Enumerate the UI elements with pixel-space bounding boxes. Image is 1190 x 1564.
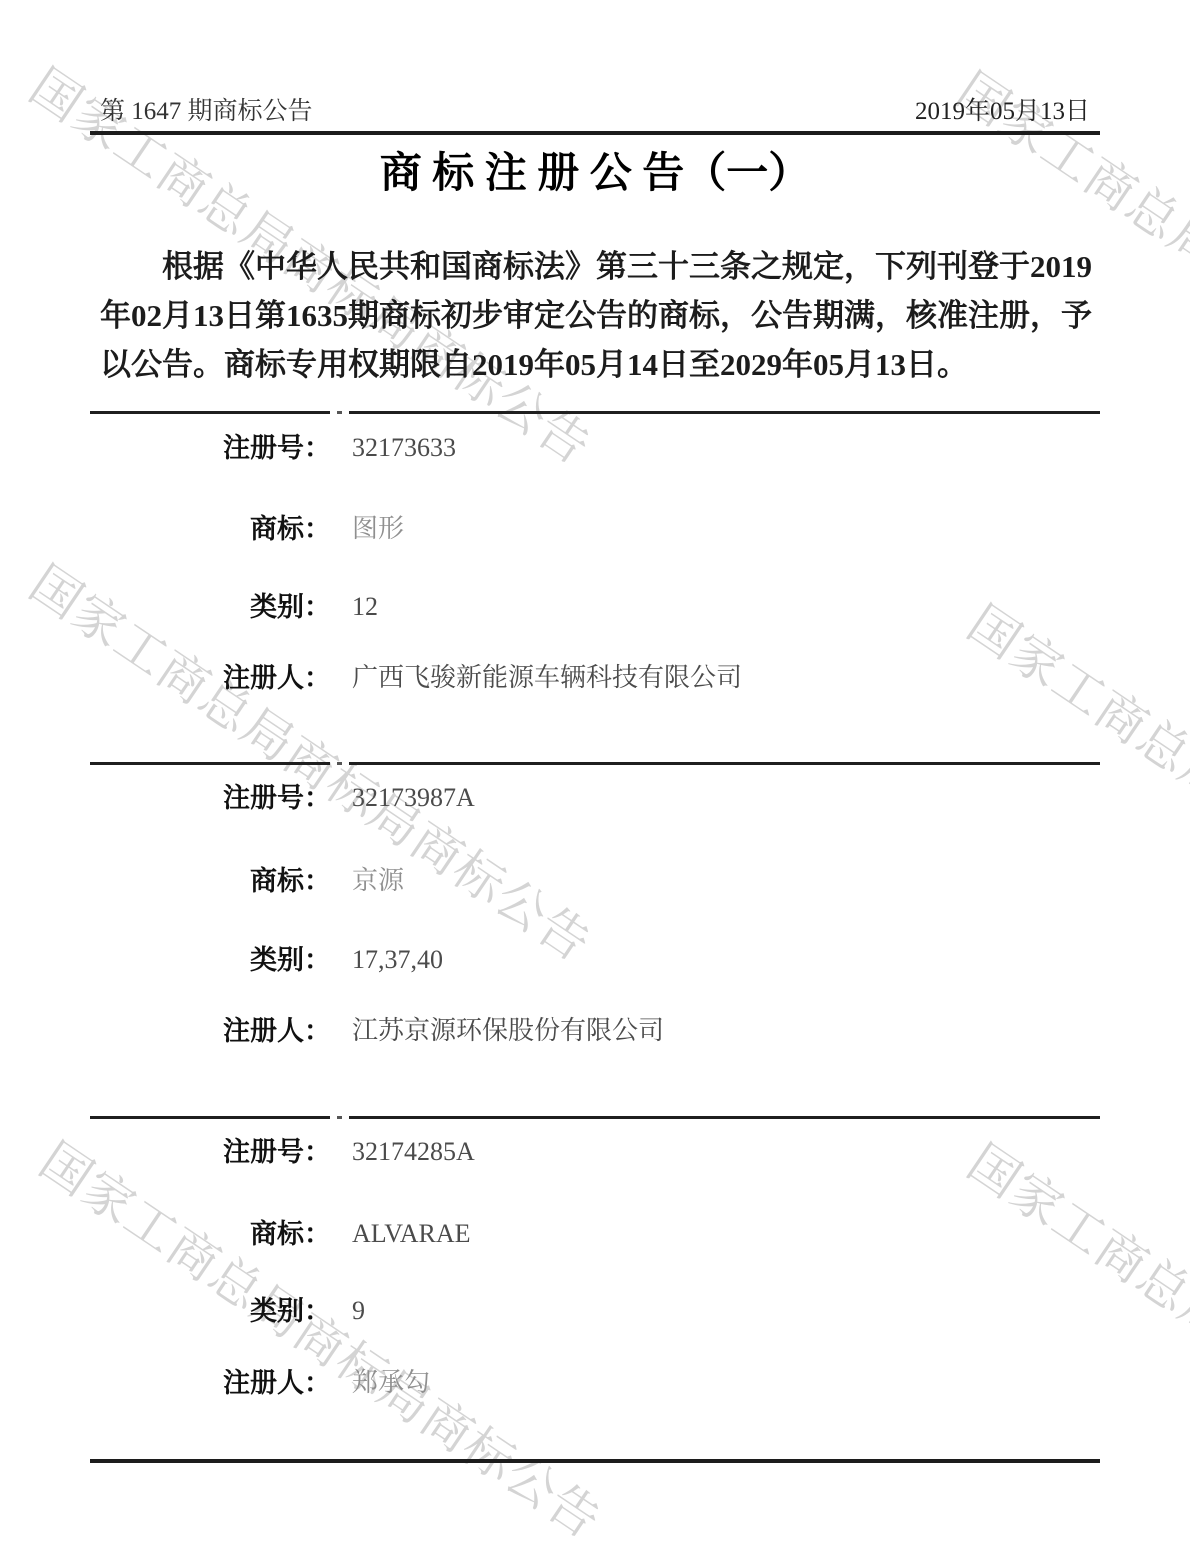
field-label-registrant: 注册人： — [88, 1013, 331, 1049]
field-label-trademark: 商标： — [88, 511, 331, 547]
field-row-category: 类别： 17,37,40 — [0, 942, 1190, 980]
field-label-reg-no: 注册号： — [88, 1134, 331, 1170]
field-row-category: 类别： 9 — [0, 1293, 1190, 1331]
field-row-reg-no: 注册号： 32174285A — [0, 1134, 1190, 1172]
field-row-trademark: 商标： ALVARAE — [0, 1216, 1190, 1254]
field-label-reg-no: 注册号： — [88, 780, 331, 816]
field-value-reg-no: 32173987A — [352, 780, 1095, 816]
field-row-trademark: 商标： 图形 — [0, 511, 1190, 549]
field-row-registrant: 注册人： 郑承勾 — [0, 1365, 1190, 1403]
field-value-trademark: 图形 — [352, 511, 1095, 547]
field-row-registrant: 注册人： 广西飞骏新能源车辆科技有限公司 — [0, 660, 1190, 698]
field-value-category: 9 — [352, 1293, 1095, 1329]
header-rule — [90, 131, 1100, 135]
gazette-date: 2019年05月13日 — [915, 96, 1090, 128]
field-row-trademark: 商标： 京源 — [0, 863, 1190, 901]
entry-separator — [90, 411, 1100, 414]
bottom-rule — [90, 1459, 1100, 1463]
field-value-registrant: 广西飞骏新能源车辆科技有限公司 — [352, 660, 1095, 696]
field-value-category: 12 — [352, 589, 1095, 625]
document-page: 国家工商总局商标局商标公告 国家工商总局商标局商标公告 国家工商总局商标局商标公… — [0, 0, 1190, 1564]
gazette-issue-label: 第 1647 期商标公告 — [100, 96, 313, 128]
field-label-trademark: 商标： — [88, 863, 331, 899]
field-value-trademark: 京源 — [352, 863, 1095, 899]
field-label-registrant: 注册人： — [88, 660, 331, 696]
page-title: 商 标 注 册 公 告（一） — [90, 148, 1100, 200]
field-label-category: 类别： — [88, 1293, 331, 1329]
entry-separator — [90, 762, 1100, 765]
field-label-registrant: 注册人： — [88, 1365, 331, 1401]
entry-separator — [90, 1116, 1100, 1119]
field-row-category: 类别： 12 — [0, 589, 1190, 627]
intro-paragraph: 根据《中华人民共和国商标法》第三十三条之规定，下列刊登于2019年02月13日第… — [100, 242, 1092, 389]
field-value-category: 17,37,40 — [352, 942, 1095, 978]
field-value-reg-no: 32173633 — [352, 430, 1095, 466]
field-value-registrant: 郑承勾 — [352, 1365, 1095, 1401]
field-label-trademark: 商标： — [88, 1216, 331, 1252]
field-label-category: 类别： — [88, 589, 331, 625]
field-value-trademark: ALVARAE — [352, 1216, 1095, 1252]
field-label-category: 类别： — [88, 942, 331, 978]
watermark-text: 国家工商总局商标局商标公告 — [956, 1124, 1190, 1554]
field-row-reg-no: 注册号： 32173987A — [0, 780, 1190, 818]
field-value-reg-no: 32174285A — [352, 1134, 1095, 1170]
field-label-reg-no: 注册号： — [88, 430, 331, 466]
field-row-registrant: 注册人： 江苏京源环保股份有限公司 — [0, 1013, 1190, 1051]
field-row-reg-no: 注册号： 32173633 — [0, 430, 1190, 468]
watermark-text: 国家工商总局商标局商标公告 — [28, 1122, 618, 1552]
field-value-registrant: 江苏京源环保股份有限公司 — [352, 1013, 1095, 1049]
